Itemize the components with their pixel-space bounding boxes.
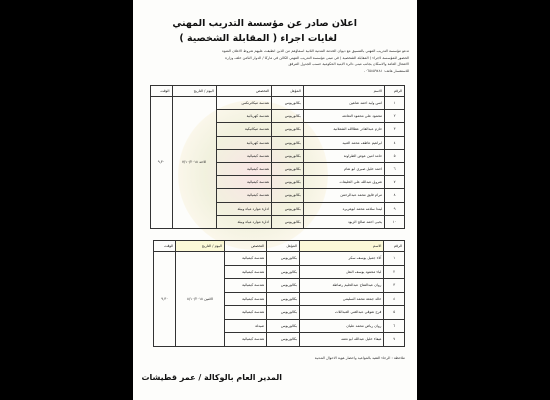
cell-name: ابراهيم عاطف محمد العبيد: [303, 136, 384, 149]
cell-specialty: هندسة ميكاترنكس: [216, 97, 271, 110]
cell-specialty: هندسة كيميائية: [216, 162, 271, 175]
cell-qualification: بكالوريوس: [267, 265, 300, 279]
cell-qualification: بكالوريوس: [272, 176, 304, 189]
table-row: ١آلاء جميل يوسف سكربكالوريوسهندسة كيميائ…: [154, 252, 405, 266]
cell-name: فرح شوقي عبدالغني العبداللات: [299, 306, 383, 320]
table-row: ١انس وليد احمد شاهينبكالوريوسهندسة ميكات…: [151, 97, 405, 110]
cell-specialty: ادارة موارد مياه وبيئة: [216, 215, 271, 228]
cell-specialty: هندسة كيميائية: [216, 176, 271, 189]
cell-num: ٩: [385, 202, 405, 215]
cell-specialty: هندسة ميكانيكية: [216, 123, 271, 136]
cell-name: لباء محمود يوسف النعل: [299, 265, 383, 279]
header-name: الاسم: [299, 241, 383, 252]
cell-qualification: بكالوريوس: [272, 123, 304, 136]
cell-qualification: بكالوريوس: [272, 110, 304, 123]
cell-num: ٣: [385, 123, 405, 136]
cell-name: مرام فايق محمد عبدالرحمن: [303, 189, 384, 202]
cell-num: ٤: [385, 136, 405, 149]
header-name: الاسم: [303, 86, 384, 97]
header-time: الوقت: [154, 241, 176, 252]
cell-qualification: بكالوريوس: [267, 292, 300, 306]
interview-table-1: الرقم الاسم المؤهل التخصص اليوم / التاري…: [150, 85, 405, 229]
header-num: الرقم: [385, 86, 405, 97]
cell-specialty: هندسة كهربائية: [216, 136, 271, 149]
cell-name: هيفاء خليل عبدالله ابو نعمه: [299, 333, 383, 347]
cell-num: ٢: [384, 265, 405, 279]
cell-qualification: بكالوريوس: [272, 162, 304, 175]
header-specialty: التخصص: [216, 86, 271, 97]
table-header-row: الرقم الاسم المؤهل التخصص اليوم / التاري…: [151, 86, 405, 97]
header-num: الرقم: [384, 241, 405, 252]
cell-name: انس وليد احمد شاهين: [303, 97, 384, 110]
cell-num: ٦: [385, 162, 405, 175]
cell-num: ٥: [385, 149, 405, 162]
cell-num: ٤: [384, 292, 405, 306]
cell-name: حامد امين عوض الطراونة: [303, 149, 384, 162]
cell-time: ٩,٣٠: [154, 252, 176, 347]
cell-specialty: صيدلة: [224, 319, 266, 333]
cell-qualification: بكالوريوس: [267, 333, 300, 347]
cell-num: ٢: [385, 110, 405, 123]
cell-qualification: بكالوريوس: [272, 189, 304, 202]
cell-specialty: ادارة موارد مياه وبيئة: [216, 202, 271, 215]
document-subtitle: لغايات اجراء ( المقابلة الشخصية ): [179, 33, 337, 44]
header-qualification: المؤهل: [272, 86, 304, 97]
cell-specialty: هندسة كيميائية: [224, 306, 266, 320]
cell-qualification: بكالوريوس: [272, 136, 304, 149]
header-time: الوقت: [151, 86, 173, 97]
intro-line: للاستفسار هاتف: ٠٦٥٨٥٩٤٨١-: [139, 68, 409, 75]
note-text: ملاحظة : الرجاء التقيد بالمواعيد واحضار …: [315, 356, 405, 360]
cell-num: ٨: [385, 189, 405, 202]
document-title: اعلان صادر عن مؤسسة التدريب المهني: [172, 18, 357, 29]
cell-num: ١٠: [385, 215, 405, 228]
cell-qualification: بكالوريوس: [267, 319, 300, 333]
cell-day-date: الاحد ٧/١٠/٢٠١٨: [172, 97, 216, 229]
cell-specialty: هندسة كيميائية: [224, 292, 266, 306]
cell-num: ٣: [384, 279, 405, 293]
cell-specialty: هندسة كيميائية: [224, 265, 266, 279]
header-day-date: اليوم / التاريخ: [172, 86, 216, 97]
cell-qualification: بكالوريوس: [267, 306, 300, 320]
cell-qualification: بكالوريوس: [272, 215, 304, 228]
interview-table-2: الرقم الاسم المؤهل التخصص اليوم / التاري…: [153, 240, 405, 347]
cell-specialty: هندسة كيميائية: [224, 279, 266, 293]
cell-num: ٦: [384, 319, 405, 333]
cell-num: ٥: [384, 306, 405, 320]
cell-name: خالد جمعة محمد السليمي: [299, 292, 383, 306]
cell-time: ٩,٣٠: [151, 97, 173, 229]
cell-name: حازم عبدالقادر عطاالله الشعلانية: [303, 123, 384, 136]
cell-specialty: هندسة كيميائية: [224, 252, 266, 266]
cell-name: محمود علي محمود النعانعه: [303, 110, 384, 123]
cell-day-date: الاثنين ٨/١٠/٢٠١٨: [176, 252, 225, 347]
table-header-row: الرقم الاسم المؤهل التخصص اليوم / التاري…: [154, 241, 405, 252]
cell-num: ٧: [384, 333, 405, 347]
cell-name: روان رياض محمد عليان: [299, 319, 383, 333]
cell-specialty: هندسة كيميائية: [216, 149, 271, 162]
cell-name: روان عبدالفتاح عبدالحليم رضاطة: [299, 279, 383, 293]
signature: المدير العام بالوكالة / عمر قطيشات: [141, 373, 282, 382]
header-qualification: المؤهل: [267, 241, 300, 252]
cell-name: آلاء جميل يوسف سكر: [299, 252, 383, 266]
cell-num: ٧: [385, 176, 405, 189]
header-day-date: اليوم / التاريخ: [176, 241, 225, 252]
cell-qualification: بكالوريوس: [272, 97, 304, 110]
intro-paragraph: تدعو مؤسسة التدريب المهني بالتنسيق مع دي…: [139, 48, 409, 74]
cell-num: ١: [385, 97, 405, 110]
cell-qualification: بكالوريوس: [267, 279, 300, 293]
cell-qualification: بكالوريوس: [272, 202, 304, 215]
cell-specialty: هندسة كهربائية: [216, 110, 271, 123]
cell-qualification: بكالوريوس: [267, 252, 300, 266]
cell-name: احمد خليل صبري ابو شام: [303, 162, 384, 175]
cell-specialty: هندسة كيميائية: [224, 333, 266, 347]
header-specialty: التخصص: [224, 241, 266, 252]
cell-specialty: هندسة كيميائية: [216, 189, 271, 202]
cell-name: ليندا سلامه محمد ابوهريره: [303, 202, 384, 215]
document-page: اعلان صادر عن مؤسسة التدريب المهني لغايا…: [133, 0, 417, 400]
cell-qualification: بكالوريوس: [272, 149, 304, 162]
cell-num: ١: [384, 252, 405, 266]
cell-name: شروق عبدالله علي الخليفات: [303, 176, 384, 189]
cell-name: يحيى احمد صالح الزيود: [303, 215, 384, 228]
